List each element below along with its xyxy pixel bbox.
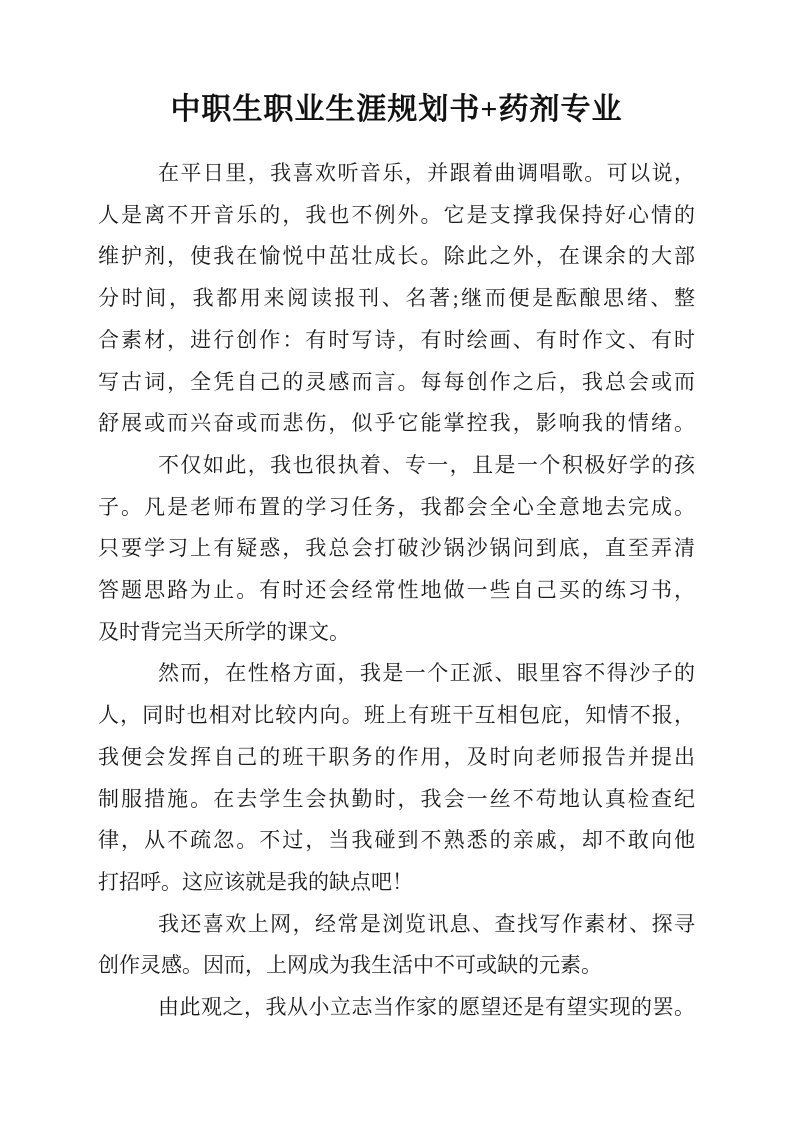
text-line: 制服措施。在去学生会执勤时，我会一丝不苟地认真检查纪 [98,779,695,821]
paragraph: 不仅如此，我也很执着、专一，且是一个积极好学的孩子。凡是老师布置的学习任务，我都… [98,445,695,654]
text-line: 舒展或而兴奋或而悲伤，似乎它能掌控我，影响我的情绪。 [98,403,695,445]
text-line: 合素材，进行创作：有时写诗，有时绘画、有时作文、有时 [98,320,695,362]
text-line: 不仅如此，我也很执着、专一，且是一个积极好学的孩 [98,445,695,487]
text-line: 只要学习上有疑惑，我总会打破沙锅沙锅问到底，直至弄清 [98,528,695,570]
document-body: 在平日里，我喜欢听音乐，并跟着曲调唱歌。可以说，人是离不开音乐的，我也不例外。它… [98,153,695,1029]
text-line: 人，同时也相对比较内向。班上有班干互相包庇，知情不报， [98,695,695,737]
text-line: 子。凡是老师布置的学习任务，我都会全心全意地去完成。 [98,487,695,529]
paragraph: 我还喜欢上网，经常是浏览讯息、查找写作素材、探寻创作灵感。因而，上网成为我生活中… [98,904,695,987]
paragraph: 然而，在性格方面，我是一个正派、眼里容不得沙子的人，同时也相对比较内向。班上有班… [98,653,695,903]
text-line: 打招呼。这应该就是我的缺点吧！ [98,862,695,904]
text-line: 写古词，全凭自己的灵感而言。每每创作之后，我总会或而 [98,362,695,404]
document-title: 中职生职业生涯规划书+药剂专业 [0,0,793,132]
text-line: 创作灵感。因而，上网成为我生活中不可或缺的元素。 [98,945,695,987]
text-line: 人是离不开音乐的，我也不例外。它是支撑我保持好心情的 [98,195,695,237]
paragraph: 由此观之，我从小立志当作家的愿望还是有望实现的罢。 [98,987,695,1029]
text-line: 我便会发挥自己的班干职务的作用，及时向老师报告并提出 [98,737,695,779]
text-line: 答题思路为止。有时还会经常性地做一些自己买的练习书， [98,570,695,612]
text-line: 由此观之，我从小立志当作家的愿望还是有望实现的罢。 [98,987,695,1029]
text-line: 我还喜欢上网，经常是浏览讯息、查找写作素材、探寻 [98,904,695,946]
text-line: 然而，在性格方面，我是一个正派、眼里容不得沙子的 [98,653,695,695]
document-page: 中职生职业生涯规划书+药剂专业 在平日里，我喜欢听音乐，并跟着曲调唱歌。可以说，… [0,0,793,1122]
text-line: 在平日里，我喜欢听音乐，并跟着曲调唱歌。可以说， [98,153,695,195]
text-line: 分时间，我都用来阅读报刊、名著;继而便是酝酿思绪、整 [98,278,695,320]
text-line: 及时背完当天所学的课文。 [98,612,695,654]
text-line: 律，从不疏忽。不过，当我碰到不熟悉的亲戚，却不敢向他 [98,820,695,862]
text-line: 维护剂，使我在愉悦中茁壮成长。除此之外，在课余的大部 [98,236,695,278]
paragraph: 在平日里，我喜欢听音乐，并跟着曲调唱歌。可以说，人是离不开音乐的，我也不例外。它… [98,153,695,445]
